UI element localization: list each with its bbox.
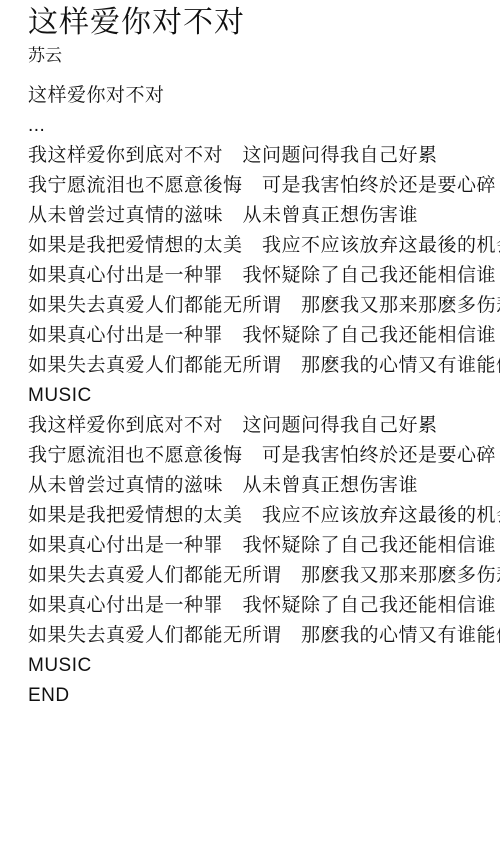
lyric-line: 如果真心付出是一种罪 我怀疑除了自己我还能相信谁 — [28, 531, 500, 561]
lyrics-page: 这样爱你对不对 苏云 这样爱你对不对...我这样爱你到底对不对 这问题问得我自己… — [0, 0, 500, 711]
lyric-line: 如果是我把爱情想的太美 我应不应该放弃这最後的机会 — [28, 501, 500, 531]
lyric-line: 这样爱你对不对 — [28, 81, 500, 111]
lyric-line: 如果真心付出是一种罪 我怀疑除了自己我还能相信谁 — [28, 591, 500, 621]
lyric-line: 如果失去真爱人们都能无所谓 那麽我又那来那麽多伤悲 — [28, 291, 500, 321]
lyric-line: MUSIC — [28, 381, 500, 411]
lyric-line: 如果真心付出是一种罪 我怀疑除了自己我还能相信谁 — [28, 321, 500, 351]
lyric-line: ... — [28, 111, 500, 141]
lyric-line: 我宁愿流泪也不愿意後悔 可是我害怕终於还是要心碎 — [28, 441, 500, 471]
lyric-line: 我宁愿流泪也不愿意後悔 可是我害怕终於还是要心碎 — [28, 171, 500, 201]
lyrics-body: 这样爱你对不对...我这样爱你到底对不对 这问题问得我自己好累我宁愿流泪也不愿意… — [28, 81, 500, 711]
lyric-line: MUSIC — [28, 651, 500, 681]
lyric-line: 从未曾尝过真情的滋味 从未曾真正想伤害谁 — [28, 471, 500, 501]
lyric-line: 如果是我把爱情想的太美 我应不应该放弃这最後的机会 — [28, 231, 500, 261]
lyric-line: 如果失去真爱人们都能无所谓 那麽我的心情又有谁能体会 — [28, 351, 500, 381]
lyric-line: 我这样爱你到底对不对 这问题问得我自己好累 — [28, 411, 500, 441]
artist-name: 苏云 — [28, 43, 500, 69]
lyric-line: 如果失去真爱人们都能无所谓 那麽我又那来那麽多伤悲 — [28, 561, 500, 591]
lyric-line: 如果失去真爱人们都能无所谓 那麽我的心情又有谁能体会 — [28, 621, 500, 651]
song-title: 这样爱你对不对 — [28, 3, 500, 43]
lyric-line: 我这样爱你到底对不对 这问题问得我自己好累 — [28, 141, 500, 171]
lyric-line: 从未曾尝过真情的滋味 从未曾真正想伤害谁 — [28, 201, 500, 231]
lyric-line: END — [28, 681, 500, 711]
lyric-line: 如果真心付出是一种罪 我怀疑除了自己我还能相信谁 — [28, 261, 500, 291]
